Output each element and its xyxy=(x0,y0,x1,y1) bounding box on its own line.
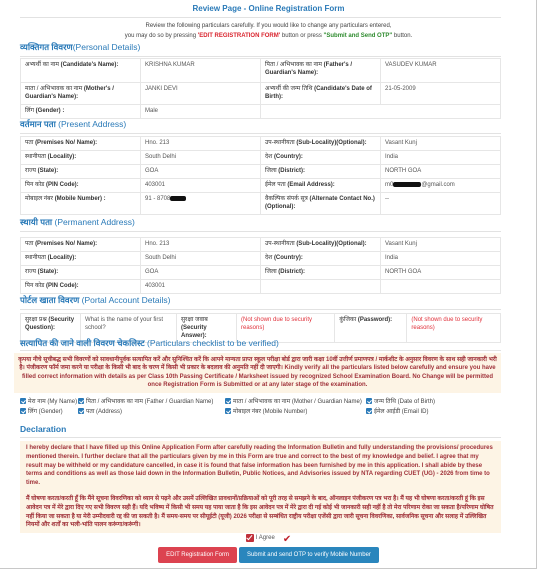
declaration-text-en: I hereby declare that I have filled up t… xyxy=(26,444,495,488)
pin-label: पिन कोड (PIN Code): xyxy=(21,280,141,294)
page-title: Review Page - Online Registration Form xyxy=(0,4,537,13)
permanent-address-table: पता (Premises No/ Name): Hno. 213 उप-स्थ… xyxy=(20,237,501,294)
pin-label: पिन कोड (PIN Code): xyxy=(21,179,141,193)
pin-value: 403001 xyxy=(141,179,261,193)
declaration-text-hi: मैं घोषणा करता/करती हूँ कि मैंने सूचना व… xyxy=(26,495,495,530)
password-value: (Not shown due to security reasons) xyxy=(407,314,501,343)
sublocality-value: Vasant Kunj xyxy=(381,137,501,151)
checklist-item-mobile[interactable]: मोबाइल नंबर (Mobile Number) xyxy=(225,407,307,415)
personal-details-table: अभ्यर्थी का नाम (Candidate's Name): KRIS… xyxy=(20,58,501,119)
submit-send-otp-button[interactable]: Submit and send OTP to verify Mobile Num… xyxy=(239,547,379,563)
checklist-item-address[interactable]: पता (Address) xyxy=(78,407,122,415)
sublocality-value: Vasant Kunj xyxy=(381,238,501,252)
intro-text-part: you may do so by pressing xyxy=(125,33,198,39)
table-row: अभ्यर्थी का नाम (Candidate's Name): KRIS… xyxy=(21,59,501,83)
table-row: राज्य (State): GOA जिला (District): NORT… xyxy=(21,266,501,280)
candidate-name-value: KRISHNA KUMAR xyxy=(141,59,261,83)
sublocality-label: उप-स्थानीयता (Sub-Locality)(Optional): xyxy=(261,137,381,151)
premises-label: पता (Premises No/ Name): xyxy=(21,137,141,151)
state-value: GOA xyxy=(141,266,261,280)
premises-label: पता (Premises No/ Name): xyxy=(21,238,141,252)
checklist-items: मेरा नाम (My Name) पिता / अभिभावक का नाम… xyxy=(20,397,501,417)
checklist-label: ईमेल आईडी (Email ID) xyxy=(374,409,428,415)
heading-en: (Personal Details) xyxy=(73,42,141,52)
checkbox-checked-icon[interactable] xyxy=(20,408,26,414)
country-label: देश (Country): xyxy=(261,252,381,266)
table-row: पिन कोड (PIN Code): 403001 xyxy=(21,280,501,294)
heading-en: (Particulars checklist to be verified) xyxy=(147,338,279,348)
dob-label: अभ्यर्थी की जन्म तिथि (Candidate's Date … xyxy=(261,83,381,105)
table-row: माता / अभिभावक का नाम (Mother's / Guardi… xyxy=(21,83,501,105)
review-page: Review Page - Online Registration Form R… xyxy=(0,0,537,569)
divider xyxy=(20,437,501,438)
divider xyxy=(20,231,501,232)
intro-line-2: you may do so by pressing 'EDIT REGISTRA… xyxy=(0,31,537,41)
locality-value: South Delhi xyxy=(141,151,261,165)
intro-text-part: button or press xyxy=(280,33,323,39)
heading-hi: वर्तमान पता xyxy=(20,119,58,129)
checklist-item-my-name[interactable]: मेरा नाम (My Name) xyxy=(20,397,77,405)
empty-cell xyxy=(381,280,501,294)
checklist-label: पिता / अभिभावक का नाम (Father / Guardian… xyxy=(86,399,213,405)
edit-registration-button[interactable]: EDIT Registration Form xyxy=(158,547,237,563)
checklist-label: मोबाइल नंबर (Mobile Number) xyxy=(233,409,307,415)
email-value: m0@gmail.com xyxy=(381,179,501,193)
locality-label: स्थानीयता (Locality): xyxy=(21,151,141,165)
checkbox-checked-icon[interactable] xyxy=(20,398,26,404)
mobile-label: मोबाइल नंबर (Mobile Number) : xyxy=(21,193,141,215)
present-address-table: पता (Premises No/ Name): Hno. 213 उप-स्थ… xyxy=(20,136,501,215)
state-label: राज्य (State): xyxy=(21,266,141,280)
checkbox-checked-icon[interactable] xyxy=(78,408,84,414)
district-value: NORTH GOA xyxy=(381,266,501,280)
country-label: देश (Country): xyxy=(261,151,381,165)
heading-hi: पोर्टल खाता विवरण xyxy=(20,295,82,305)
district-value: NORTH GOA xyxy=(381,165,501,179)
empty-cell xyxy=(261,105,501,119)
checklist-heading: सत्यापित की जाने वाली विवरण चेकलिस्ट (Pa… xyxy=(20,338,279,349)
checklist-label: जन्म तिथि (Date of Birth) xyxy=(374,399,435,405)
pin-value: 403001 xyxy=(141,280,261,294)
country-value: India xyxy=(381,151,501,165)
heading-en: (Permanent Address) xyxy=(55,217,135,227)
divider xyxy=(20,56,501,57)
email-label: ईमेल पता (Email Address): xyxy=(261,179,381,193)
checkbox-checked-icon[interactable] xyxy=(225,408,231,414)
state-label: राज्य (State): xyxy=(21,165,141,179)
table-row: पता (Premises No/ Name): Hno. 213 उप-स्थ… xyxy=(21,137,501,151)
divider xyxy=(20,350,501,351)
declaration-box: I hereby declare that I have filled up t… xyxy=(20,441,501,533)
premises-value: Hno. 213 xyxy=(141,238,261,252)
checklist-item-dob[interactable]: जन्म तिथि (Date of Birth) xyxy=(366,397,435,405)
checklist-item-father-name[interactable]: पिता / अभिभावक का नाम (Father / Guardian… xyxy=(78,397,213,405)
agree-checkbox[interactable] xyxy=(246,534,254,542)
present-address-heading: वर्तमान पता (Present Address) xyxy=(20,119,126,130)
table-row: राज्य (State): GOA जिला (District): NORT… xyxy=(21,165,501,179)
checklist-item-gender[interactable]: लिंग (Gender) xyxy=(20,407,63,415)
state-value: GOA xyxy=(141,165,261,179)
locality-label: स्थानीयता (Locality): xyxy=(21,252,141,266)
checkbox-checked-icon[interactable] xyxy=(366,408,372,414)
redaction-bar xyxy=(393,182,421,187)
submit-hint: "Submit and Send OTP" xyxy=(324,33,393,39)
edit-hint: 'EDIT REGISTRATION FORM' xyxy=(198,33,280,39)
table-row: स्थानीयता (Locality): South Delhi देश (C… xyxy=(21,151,501,165)
action-buttons: EDIT Registration FormSubmit and send OT… xyxy=(0,547,537,563)
district-label: जिला (District): xyxy=(261,165,381,179)
permanent-address-heading: स्थायी पता (Permanent Address) xyxy=(20,217,135,228)
empty-cell xyxy=(261,280,381,294)
father-name-label: पिता / अभिभावक का नाम (Father's / Guardi… xyxy=(261,59,381,83)
table-row: लिंग (Gender) : Male xyxy=(21,105,501,119)
checklist-row: लिंग (Gender) पता (Address) मोबाइल नंबर … xyxy=(20,407,501,417)
table-row: स्थानीयता (Locality): South Delhi देश (C… xyxy=(21,252,501,266)
premises-value: Hno. 213 xyxy=(141,137,261,151)
checkbox-checked-icon[interactable] xyxy=(225,398,231,404)
personal-details-heading: व्यक्तिगत विवरण(Personal Details) xyxy=(20,42,140,53)
checklist-item-email[interactable]: ईमेल आईडी (Email ID) xyxy=(366,407,428,415)
table-row: मोबाइल नंबर (Mobile Number) : 91 - 8708 … xyxy=(21,193,501,215)
heading-en: (Portal Account Details) xyxy=(82,295,171,305)
password-label: कुंजिका (Password): xyxy=(335,314,407,343)
father-name-value: VASUDEV KUMAR xyxy=(381,59,501,83)
gender-label: लिंग (Gender) : xyxy=(21,105,141,119)
table-row: पता (Premises No/ Name): Hno. 213 उप-स्थ… xyxy=(21,238,501,252)
sublocality-label: उप-स्थानीयता (Sub-Locality)(Optional): xyxy=(261,238,381,252)
checklist-row: मेरा नाम (My Name) पिता / अभिभावक का नाम… xyxy=(20,397,501,407)
divider xyxy=(20,309,501,310)
agree-row: I Agree✔ xyxy=(0,532,537,543)
intro-text-part: button. xyxy=(392,33,412,39)
district-label: जिला (District): xyxy=(261,266,381,280)
table-row: पिन कोड (PIN Code): 403001 ईमेल पता (Ema… xyxy=(21,179,501,193)
country-value: India xyxy=(381,252,501,266)
intro-text: Review the following particulars careful… xyxy=(0,21,537,41)
checklist-warning: कृपया नीचे सूचीबद्ध सभी विवरणों को सावधा… xyxy=(14,353,501,393)
heading-hi: व्यक्तिगत विवरण xyxy=(20,42,73,52)
heading-hi: सत्यापित की जाने वाली विवरण चेकलिस्ट xyxy=(20,338,147,348)
declaration-heading: Declaration xyxy=(20,424,66,434)
checklist-item-mother-name[interactable]: माता / अभिभावक का नाम (Mother / Guardian… xyxy=(225,397,362,405)
intro-line-1: Review the following particulars careful… xyxy=(0,21,537,31)
agree-label: I Agree xyxy=(256,535,275,541)
checklist-label: माता / अभिभावक का नाम (Mother / Guardian… xyxy=(233,399,362,405)
mother-name-label: माता / अभिभावक का नाम (Mother's / Guardi… xyxy=(21,83,141,105)
locality-value: South Delhi xyxy=(141,252,261,266)
checklist-label: लिंग (Gender) xyxy=(28,409,63,415)
candidate-name-label: अभ्यर्थी का नाम (Candidate's Name): xyxy=(21,59,141,83)
mobile-value: 91 - 8708 xyxy=(141,193,261,215)
checkbox-checked-icon[interactable] xyxy=(366,398,372,404)
mother-name-value: JANKI DEVI xyxy=(141,83,261,105)
portal-account-heading: पोर्टल खाता विवरण (Portal Account Detail… xyxy=(20,295,170,306)
checkbox-checked-icon[interactable] xyxy=(78,398,84,404)
divider xyxy=(20,133,501,134)
gender-value: Male xyxy=(141,105,261,119)
redaction-bar xyxy=(170,196,186,201)
alt-contact-value: -- xyxy=(381,193,501,215)
checklist-label: पता (Address) xyxy=(86,409,122,415)
checkmark-icon: ✔ xyxy=(283,534,291,545)
alt-contact-label: वैकल्पिक संपर्क सूत्र (Alternate Contact… xyxy=(261,193,381,215)
heading-hi: स्थायी पता xyxy=(20,217,55,227)
divider xyxy=(20,17,501,18)
checklist-label: मेरा नाम (My Name) xyxy=(28,399,77,405)
heading-en: (Present Address) xyxy=(58,119,126,129)
dob-value: 21-05-2009 xyxy=(381,83,501,105)
